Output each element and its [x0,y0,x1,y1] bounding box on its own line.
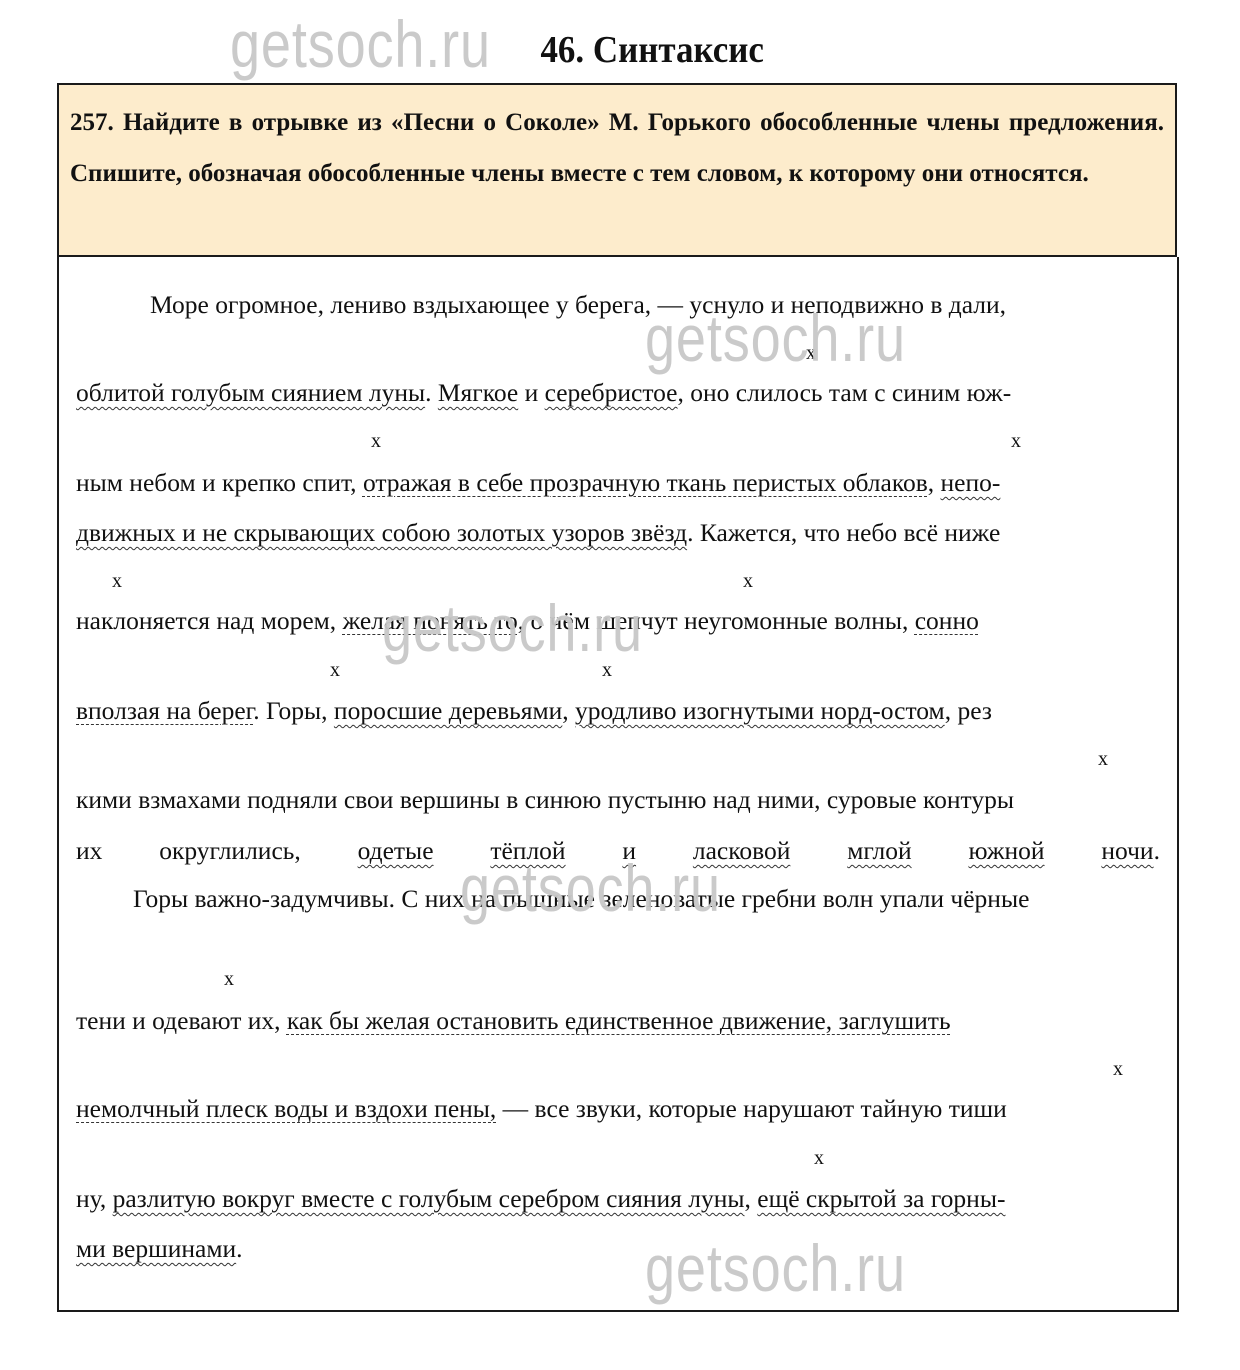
underlined-phrase: южной [968,836,1044,866]
x-mark: x [1098,748,1108,771]
text-line: вползая на берег. Горы, поросшие деревья… [76,696,1160,726]
text-segment: , о чём шепчут неугомонные волны, [518,606,915,635]
underlined-phrase: ласковой [693,836,790,866]
text-segment: — все звуки, которые нарушают тайную тиш… [496,1094,1007,1123]
text-segment: . [236,1234,242,1263]
text-line: Море огромное, лениво вздыхающее у берег… [150,290,1150,320]
task-text: 257. Найдите в отрывке из «Песни о Сокол… [70,97,1164,199]
text-line: ми вершинами. [76,1234,1160,1264]
underlined-phrase: тёплой [490,836,565,866]
text-segment: их [76,836,102,866]
x-mark: x [1011,430,1021,453]
x-mark: x [743,570,753,593]
text-line: движных и не скрывающих собою золотых уз… [76,518,1160,548]
text-line: Горы важно-задумчивы. С них на пышные зе… [133,884,1160,914]
text-segment: , рез [945,696,992,725]
text-segment: кими взмахами подняли свои вершины в син… [76,785,1014,814]
underlined-phrase: облитой голубым сиянием луны [76,378,425,407]
underlined-phrase: уродливо изогнутыми норд-остом [575,696,945,725]
page-title: 46. Синтаксис [50,28,1191,72]
underlined-phrase: непо- [941,468,1001,497]
text-segment: . Горы, [253,696,334,725]
text-line: кими взмахами подняли свои вершины в син… [76,785,1160,815]
underlined-phrase: сонно [915,606,979,635]
text-segment: Горы важно-задумчивы. С них на пышные зе… [133,884,1029,913]
text-line: немолчный плеск воды и вздохи пены, — вс… [76,1094,1160,1124]
text-segment: наклоняется над морем, [76,606,343,635]
underlined-phrase: вползая на берег [76,696,253,725]
underlined-phrase: ночи [1101,836,1153,865]
text-segment: ным небом и крепко спит, [76,468,363,497]
x-mark: x [1113,1058,1123,1081]
text-line: облитой голубым сиянием луны. Мягкое и с… [76,378,1160,408]
text-line: ным небом и крепко спит, отражая в себе … [76,468,1160,498]
text-line: тени и одевают их, как бы желая останови… [76,1006,1160,1036]
text-segment: , [928,468,941,497]
underlined-phrase: ещё скрытой за горны- [757,1184,1005,1213]
underlined-phrase: немолчный плеск воды и вздохи пены, [76,1094,496,1123]
underlined-phrase: желая понять то [343,606,518,635]
text-segment: , оно слилось там с синим юж- [678,378,1012,407]
x-mark: x [602,659,612,682]
text-segment: , [562,696,575,725]
underlined-phrase: и [622,836,636,866]
text-segment: Море огромное, лениво вздыхающее у берег… [150,290,1006,319]
text-segment: . Кажется, что небо всё ниже [687,518,1000,547]
text-line: ихокруглились,одетыетёплойиласковоймглой… [76,836,1160,866]
x-mark: x [814,1147,824,1170]
text-segment: . [425,378,438,407]
underlined-phrase: мглой [847,836,911,866]
underlined-phrase: как бы желая остановить единственное дви… [287,1006,951,1035]
text-segment: округлились, [159,836,301,866]
x-mark: x [224,968,234,991]
text-segment: тени и одевают их, [76,1006,287,1035]
page-title-text: 46. Синтаксис [476,29,764,71]
text-line: ну, разлитую вокруг вместе с голубым сер… [76,1184,1160,1214]
text-segment: , [745,1184,758,1213]
underlined-phrase: отражая в себе прозрачную ткань перистых… [363,468,928,497]
x-mark: x [330,659,340,682]
task-box: 257. Найдите в отрывке из «Песни о Сокол… [57,83,1177,257]
x-mark: x [112,570,122,593]
underlined-phrase: движных и не скрывающих собою золотых уз… [76,518,687,547]
underlined-phrase: Мягкое [438,378,518,407]
x-mark: x [371,430,381,453]
underlined-phrase: серебристое [545,378,678,407]
text-segment: и [518,378,544,407]
x-mark: x [806,342,816,365]
text-segment: ну, [76,1184,113,1213]
underlined-phrase: одетые [358,836,434,866]
underlined-phrase: ми вершинами [76,1234,236,1263]
underlined-phrase: разлитую вокруг вместе с голубым серебро… [113,1184,745,1213]
text-line: наклоняется над морем, желая понять то, … [76,606,1160,636]
underlined-phrase: поросшие деревьями [334,696,562,725]
